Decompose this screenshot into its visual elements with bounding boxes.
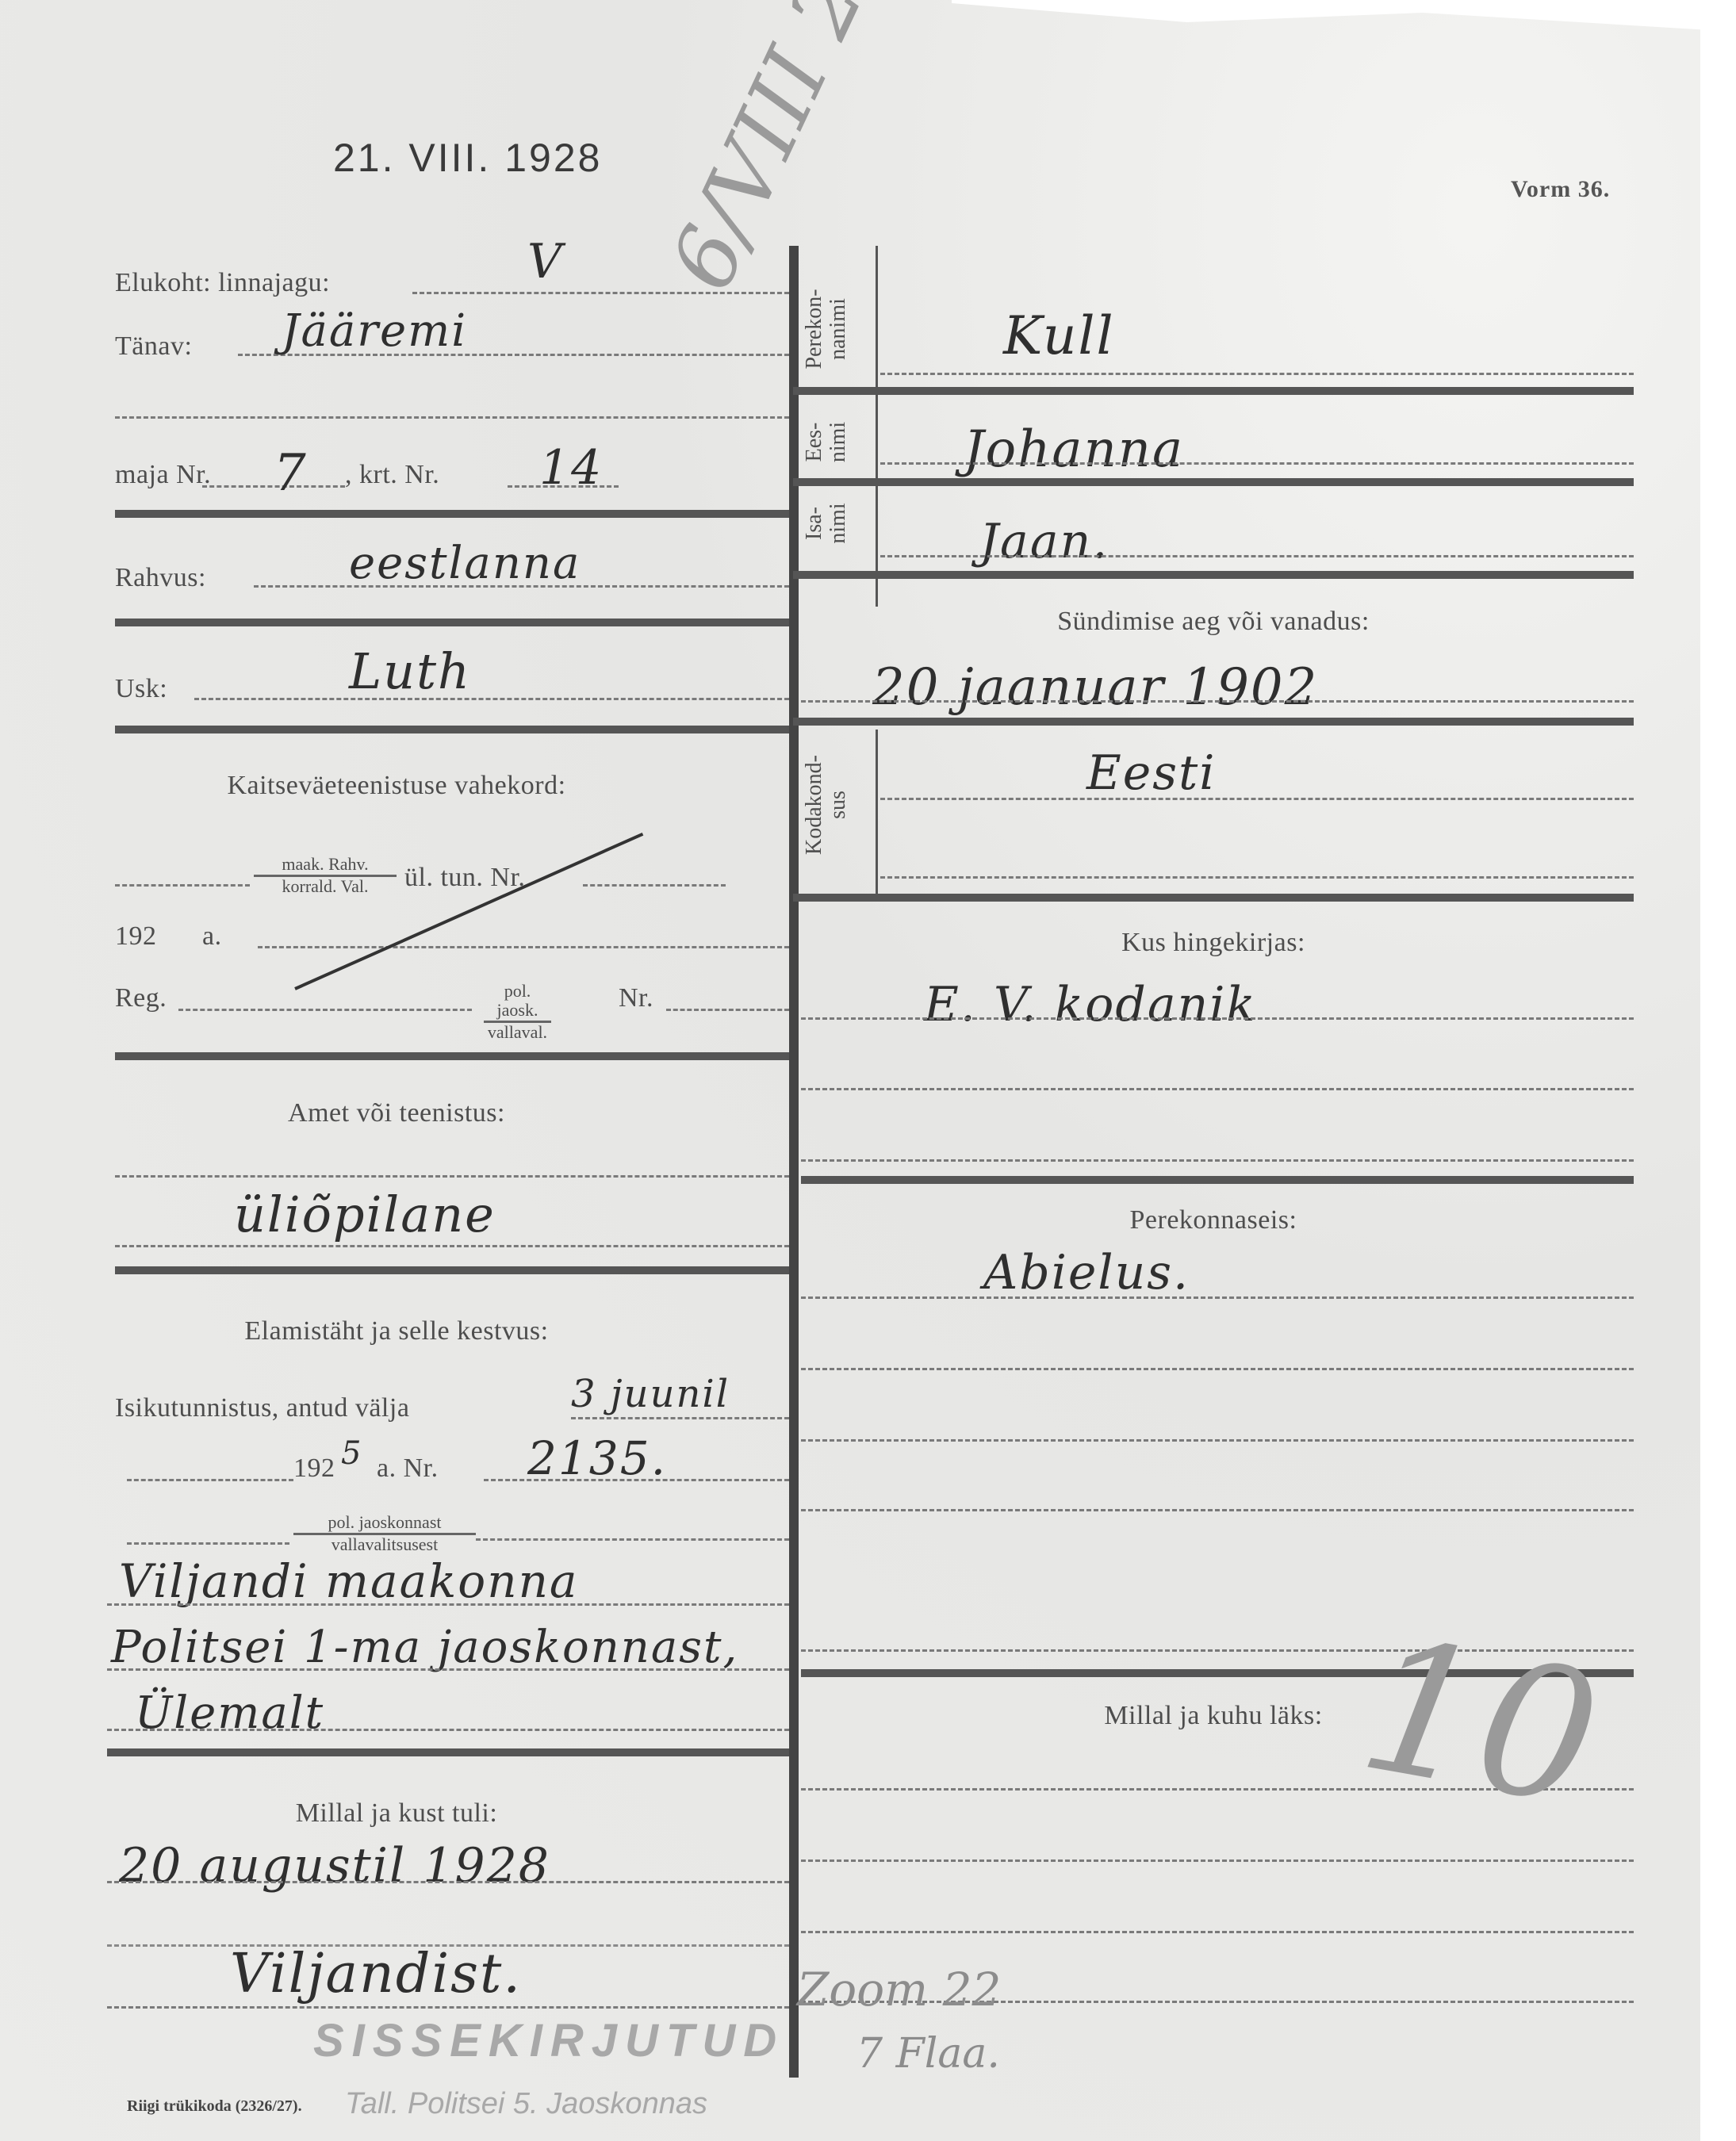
surname-value: Kull — [1003, 305, 1115, 366]
section-divider — [115, 619, 789, 626]
citizenship-value: Eesti — [1086, 745, 1216, 801]
apartment-value: 14 — [539, 440, 603, 496]
military-nr-line — [666, 1009, 789, 1011]
house-value: 7 — [274, 444, 308, 503]
departure-line-2 — [801, 1859, 1634, 1862]
departure-line-3 — [801, 1931, 1634, 1933]
apartment-label: , krt. Nr. — [345, 460, 439, 490]
section-divider — [793, 478, 1634, 486]
arrival-line-mid — [107, 1944, 789, 1947]
citizenship-line-1 — [880, 798, 1634, 800]
military-nr-label: Nr. — [619, 983, 653, 1013]
fraction-top: pol. jaoskonnast — [293, 1513, 476, 1535]
census-value: E. V. kodanik — [924, 977, 1257, 1032]
id-year-prefix: 192 — [293, 1454, 335, 1484]
fraction-bottom: vallaval. — [488, 1022, 547, 1042]
military-heading: Kaitseväeteenistuse vahekord: — [0, 771, 793, 801]
id-date-line — [571, 1417, 789, 1419]
issuer-line-2: Politsei 1-ma jaoskonnast, — [111, 1622, 738, 1673]
religion-value: Luth — [349, 642, 471, 700]
printer-note: Riigi trükikoda (2326/27). — [127, 2097, 302, 2116]
form-number: Vorm 36. — [1511, 176, 1610, 203]
census-line-1 — [801, 1017, 1634, 1020]
issuer-lead-line — [127, 1542, 289, 1545]
id-nr-label: a. Nr. — [377, 1454, 439, 1484]
arrival-line-2 — [107, 2006, 789, 2009]
pencil-note-line-1: Zoom 22 — [797, 1963, 1001, 2017]
page-margin — [1700, 0, 1736, 2141]
section-divider — [115, 1266, 789, 1274]
military-reg-label: Reg. — [115, 983, 167, 1013]
issuer-tail-line — [476, 1538, 789, 1541]
section-divider — [793, 718, 1634, 726]
district-label: Elukoht: linnajagu: — [115, 268, 330, 298]
section-divider — [115, 1052, 789, 1060]
birth-value: 20 jaanuar 1902 — [872, 658, 1318, 717]
arrival-date: 20 augustil 1928 — [119, 1838, 550, 1894]
id-card-label: Isikutunnistus, antud välja — [115, 1393, 409, 1423]
id-year-lead-line — [127, 1479, 293, 1481]
id-date-value: 3 juunil — [571, 1372, 730, 1416]
military-year-line — [258, 946, 789, 948]
military-reg-line — [178, 1009, 472, 1011]
permit-heading: Elamistäht ja selle kestvus: — [0, 1316, 793, 1346]
census-line-3 — [801, 1159, 1634, 1162]
pencil-number-mark: 10 — [1347, 1599, 1613, 1848]
issuer-line-1: Viljandi maakonna — [119, 1554, 579, 1608]
side-label-surname: Perekon- nanimi — [803, 254, 850, 404]
nationality-value: eestlanna — [349, 538, 581, 589]
issuer-line-1-rule — [107, 1603, 789, 1606]
occupation-value: üliõpilane — [234, 1185, 496, 1243]
section-divider — [793, 571, 1634, 579]
arrival-line-1 — [107, 1881, 789, 1883]
marital-line-1 — [801, 1296, 1634, 1299]
father-name-value: Jaan. — [979, 514, 1109, 569]
section-divider — [107, 1748, 789, 1756]
surname-line — [880, 373, 1634, 375]
side-label-citizenship: Kodakond- sus — [803, 726, 850, 884]
side-label-father-name: Isa- nimi — [803, 484, 850, 563]
date-stamp: 21. VIII. 1928 — [333, 135, 602, 181]
id-nr-value: 2135. — [527, 1431, 667, 1485]
id-year-value: 5 — [341, 1435, 362, 1472]
house-label: maja Nr. — [115, 460, 211, 490]
military-service-nr-label: ül. tun. Nr. — [404, 863, 525, 893]
military-year-label: 192 — [115, 921, 157, 952]
fraction-top: pol. jaosk. — [484, 982, 551, 1023]
census-line-2 — [801, 1088, 1634, 1090]
registered-stamp-title: SISSEKIRJUTUD — [313, 2014, 784, 2067]
side-label-divider-citizenship — [876, 730, 878, 896]
military-fraction-1: maak. Rahv. korrald. Val. — [254, 855, 397, 896]
birth-line — [801, 700, 1634, 703]
military-year-suffix: a. — [202, 921, 222, 952]
issuer-fraction: pol. jaoskonnast vallavalitsusest — [293, 1513, 476, 1554]
marital-line-3 — [801, 1439, 1634, 1442]
fraction-bottom: vallavalitsusest — [331, 1534, 438, 1554]
fraction-top: maak. Rahv. — [254, 855, 397, 877]
street-extra-line — [115, 416, 789, 419]
military-line-2 — [583, 884, 726, 887]
marital-line-4 — [801, 1509, 1634, 1511]
arrival-heading: Millal ja kust tuli: — [0, 1798, 793, 1829]
father-name-line — [880, 555, 1634, 557]
section-divider — [801, 1176, 1634, 1184]
marital-heading: Perekonnaseis: — [793, 1205, 1634, 1235]
first-name-line — [880, 462, 1634, 465]
arrival-place: Viljandist. — [230, 1943, 522, 2005]
street-value: Jääremi — [282, 305, 467, 357]
street-label: Tänav: — [115, 331, 192, 362]
marital-line-2 — [801, 1368, 1634, 1370]
issuer-line-3-rule — [107, 1729, 789, 1731]
registered-stamp-office: Tall. Politsei 5. Jaoskonnas — [345, 2087, 707, 2121]
occupation-line-2 — [115, 1245, 789, 1247]
citizenship-line-2 — [880, 876, 1634, 879]
census-heading: Kus hingekirjas: — [793, 928, 1634, 958]
religion-label: Usk: — [115, 674, 167, 704]
military-fraction-2: pol. jaosk. vallaval. — [484, 982, 551, 1042]
section-divider — [793, 387, 1634, 395]
nationality-label: Rahvus: — [115, 563, 206, 593]
marital-value: Abielus. — [983, 1245, 1190, 1300]
fraction-bottom: korrald. Val. — [282, 876, 369, 896]
section-divider — [115, 726, 789, 733]
side-label-first-name: Ees- nimi — [803, 404, 850, 480]
issuer-line-2-rule — [107, 1668, 789, 1671]
religion-line — [194, 698, 789, 700]
district-value: V — [527, 234, 563, 289]
birth-heading: Sündimise aeg või vanadus: — [793, 607, 1634, 637]
occupation-heading: Amet või teenistus: — [0, 1098, 793, 1128]
military-line-1 — [115, 884, 250, 887]
occupation-line-1 — [115, 1175, 789, 1178]
issuer-line-3: Ülemalt — [135, 1687, 324, 1739]
first-name-value: Johanna — [964, 420, 1184, 479]
district-line — [412, 292, 789, 294]
section-divider — [793, 894, 1634, 902]
pencil-note-line-2: 7 Flaa. — [857, 2030, 1000, 2078]
section-divider — [115, 510, 789, 518]
side-label-divider — [876, 246, 878, 607]
